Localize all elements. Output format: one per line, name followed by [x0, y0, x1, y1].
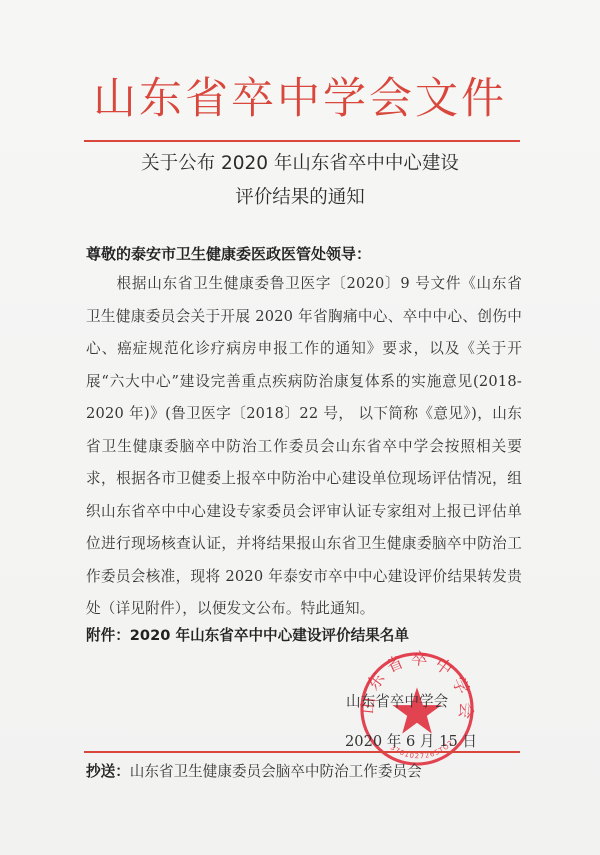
notice-title-line-2: 评价结果的通知	[0, 186, 600, 210]
header-red-divider	[84, 140, 520, 142]
salutation: 尊敬的泰安市卫生健康委医政医管处领导：	[86, 243, 371, 264]
sender-organization: 山东省卒中学会	[346, 690, 448, 711]
attachment-line: 附件：2020 年山东省卒中中心建设评价结果名单	[86, 624, 409, 645]
document-header-title: 山东省卒中学会文件	[0, 74, 600, 124]
notice-title-line-1: 关于公布 2020 年山东省卒中中心建设	[0, 152, 600, 176]
footer-red-divider	[84, 751, 520, 753]
cc-label: 抄送：	[86, 763, 130, 780]
body-paragraph: 根据山东省卫生健康委鲁卫医字〔2020〕9 号文件《山东省卫生健康委员会关于开展…	[86, 268, 522, 626]
cc-recipient: 山东省卫生健康委员会脑卒中防治工作委员会	[130, 763, 422, 780]
body-paragraph-text: 根据山东省卫生健康委鲁卫医字〔2020〕9 号文件《山东省卫生健康委员会关于开展…	[86, 275, 522, 617]
cc-line: 抄送：山东省卫生健康委员会脑卒中防治工作委员会	[86, 760, 422, 781]
document-page: 山东省卒中学会文件 关于公布 2020 年山东省卒中中心建设 评价结果的通知 尊…	[0, 0, 600, 855]
issue-date: 2020 年 6 月 15 日	[345, 730, 477, 751]
